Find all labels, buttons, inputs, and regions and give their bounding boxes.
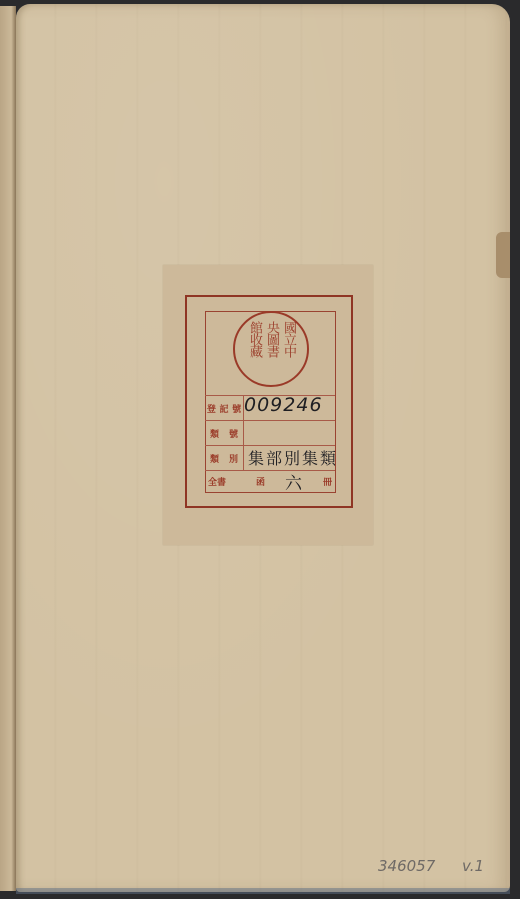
row-complete-set: 全 書 函 冊: [205, 470, 335, 492]
complete-set-label: 全 書 函 冊: [205, 471, 335, 492]
pencil-number: 346057: [378, 857, 435, 875]
seal-column-2: 央圖書: [263, 321, 279, 377]
category-label: 類 別: [205, 446, 244, 471]
row-class-number: 類 號: [205, 420, 335, 446]
registration-number-value: 009246: [244, 394, 323, 416]
registration-number-label: 登 記 號: [205, 396, 244, 421]
page-bottom-edge: [16, 888, 510, 894]
library-seal-stamp: 國立中 央圖書 館收藏: [233, 311, 309, 387]
seal-column-3: 館收藏: [246, 321, 262, 377]
seal-column-1: 國立中: [280, 321, 296, 377]
class-number-label: 類 號: [205, 421, 244, 446]
page-edge-stain: [496, 232, 510, 278]
category-value: 集部別集類: [248, 446, 338, 469]
volume-count-value: 六: [285, 469, 302, 494]
pencil-volume: v.1: [462, 857, 484, 875]
left-page-edge: [0, 6, 16, 891]
pencil-shelf-note: 346057 v.1: [378, 857, 484, 875]
